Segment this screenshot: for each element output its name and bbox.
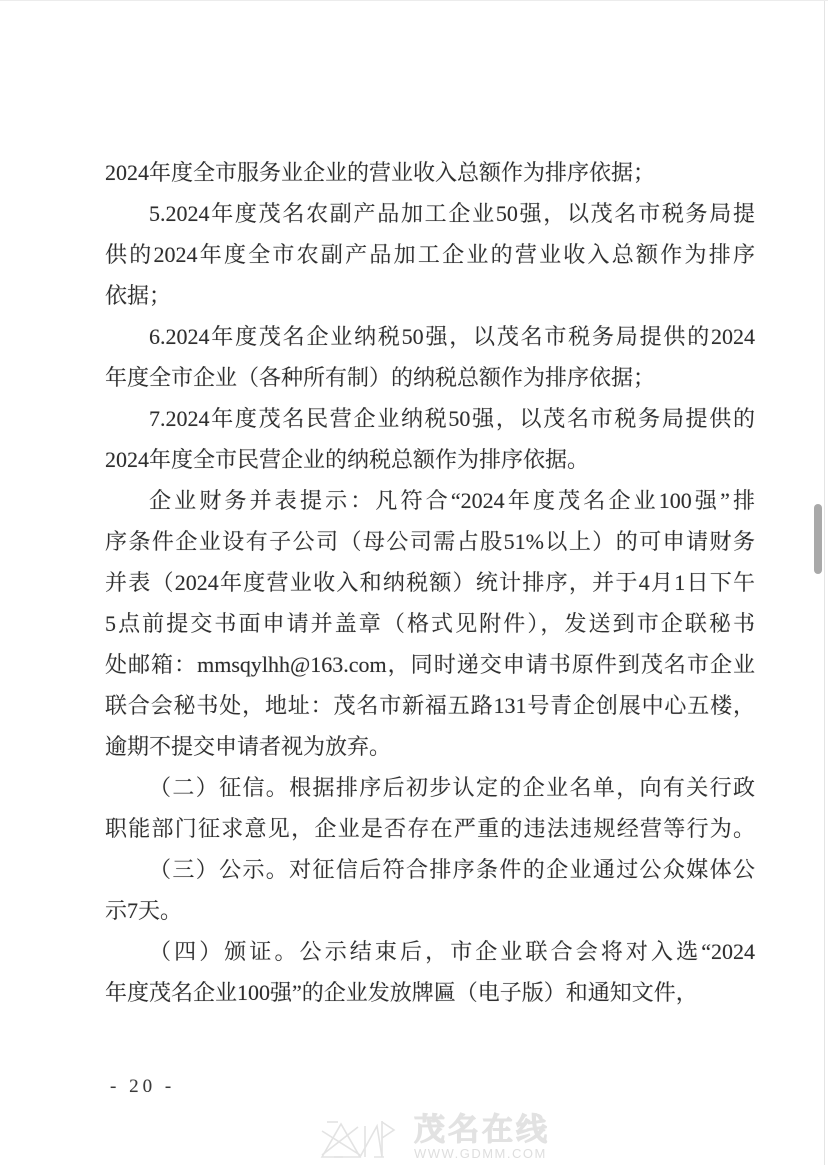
watermark: 茂名在线 WWW.GDMM.COM bbox=[320, 1113, 550, 1161]
text-line: 供的2024年度全市农副产品加工企业的营业收入总额作为排序 bbox=[105, 234, 755, 275]
text-line: 处邮箱：mmsqylhh@163.com，同时递交申请书原件到茂名市企业 bbox=[105, 644, 755, 685]
text-line: 年度茂名企业100强”的企业发放牌匾（电子版）和通知文件， bbox=[105, 972, 755, 1013]
text-line: 5.2024年度茂名农副产品加工企业50强，以茂名市税务局提 bbox=[105, 193, 755, 234]
text-line: （三）公示。对征信后符合排序条件的企业通过公众媒体公 bbox=[105, 849, 755, 890]
scrollbar[interactable] bbox=[814, 1, 828, 1165]
text-line: （四）颁证。公示结束后，市企业联合会将对入选“2024 bbox=[105, 931, 755, 972]
watermark-site-url: WWW.GDMM.COM bbox=[414, 1147, 547, 1161]
text-line: 依据； bbox=[105, 275, 755, 316]
text-line: 示7天。 bbox=[105, 890, 755, 931]
text-line: （二）征信。根据排序后初步认定的企业名单，向有关行政 bbox=[105, 767, 755, 808]
gdmm-logo-icon bbox=[320, 1113, 400, 1161]
text-line: 序条件企业设有子公司（母公司需占股51%以上）的可申请财务 bbox=[105, 521, 755, 562]
watermark-text: 茂名在线 WWW.GDMM.COM bbox=[414, 1113, 550, 1161]
document-page: 2024年度全市服务业企业的营业收入总额作为排序依据；5.2024年度茂名农副产… bbox=[0, 0, 828, 1165]
page-number: - 20 - bbox=[110, 1074, 175, 1100]
text-line: 逾期不提交申请者视为放弃。 bbox=[105, 726, 755, 767]
text-line: 2024年度全市民营企业的纳税总额作为排序依据。 bbox=[105, 439, 755, 480]
text-line: 并表（2024年度营业收入和纳税额）统计排序，并于4月1日下午 bbox=[105, 562, 755, 603]
text-line: 7.2024年度茂名民营企业纳税50强，以茂名市税务局提供的 bbox=[105, 398, 755, 439]
text-line: 2024年度全市服务业企业的营业收入总额作为排序依据； bbox=[105, 152, 755, 193]
watermark-site-name: 茂名在线 bbox=[414, 1113, 550, 1147]
page-edge-line bbox=[824, 1, 825, 1165]
text-line: 联合会秘书处，地址：茂名市新福五路131号青企创展中心五楼， bbox=[105, 685, 755, 726]
text-line: 6.2024年度茂名企业纳税50强，以茂名市税务局提供的2024 bbox=[105, 316, 755, 357]
text-line: 企业财务并表提示：凡符合“2024年度茂名企业100强”排 bbox=[105, 480, 755, 521]
text-line: 5点前提交书面申请并盖章（格式见附件），发送到市企联秘书 bbox=[105, 603, 755, 644]
text-line: 年度全市企业（各种所有制）的纳税总额作为排序依据； bbox=[105, 357, 755, 398]
text-line: 职能部门征求意见，企业是否存在严重的违法违规经营等行为。 bbox=[105, 808, 755, 849]
scrollbar-thumb[interactable] bbox=[814, 504, 822, 574]
document-body: 2024年度全市服务业企业的营业收入总额作为排序依据；5.2024年度茂名农副产… bbox=[105, 152, 755, 1013]
